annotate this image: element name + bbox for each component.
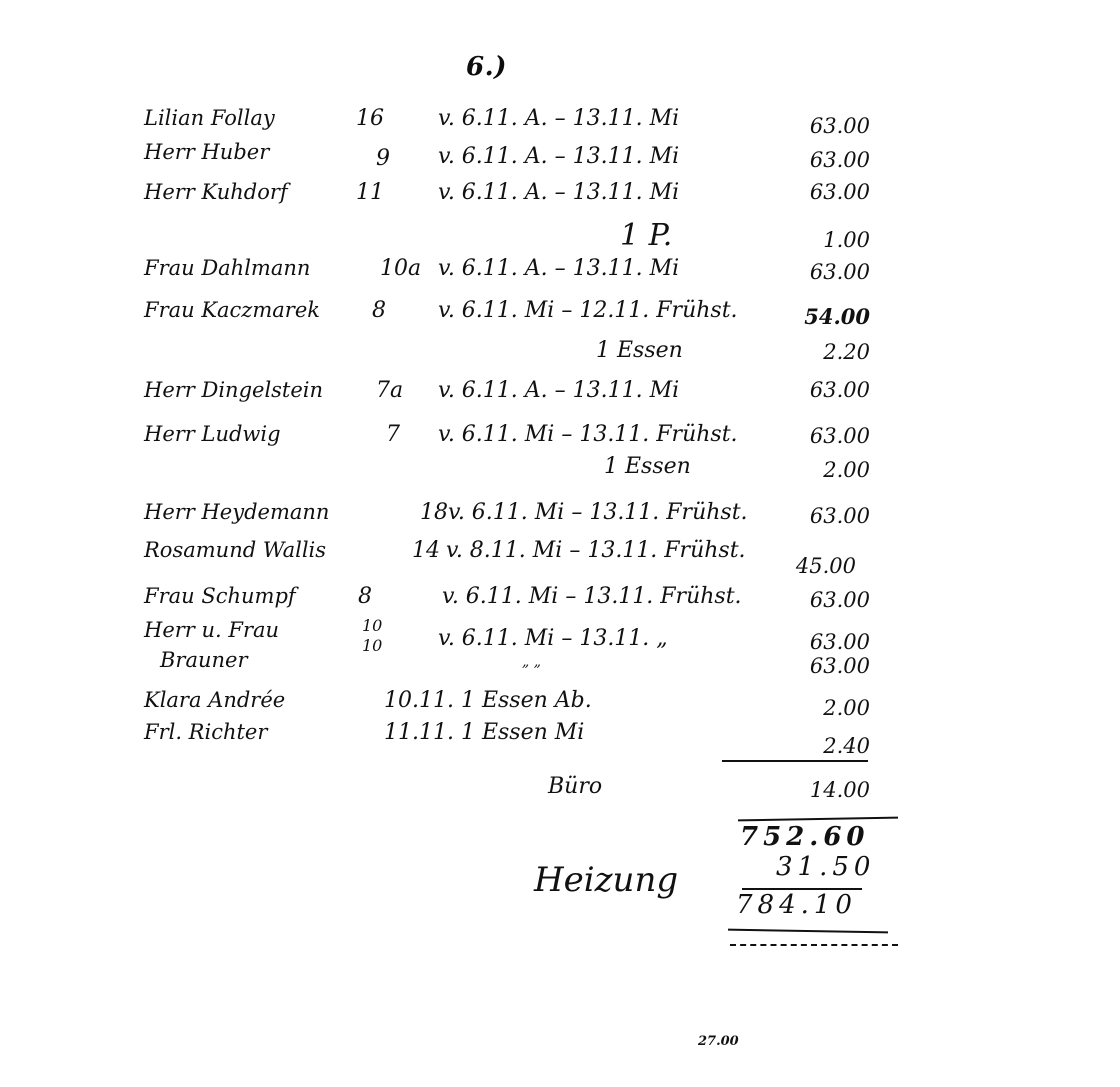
room-number: 14: [412, 538, 440, 563]
ledger-row: Frau Kaczmarek 8 v. 6.11. Mi – 12.11. Fr…: [0, 298, 1120, 332]
amount: 2.00: [770, 696, 870, 720]
guest-name: Rosamund Wallis: [144, 538, 326, 562]
stay-period: „ „: [522, 654, 541, 670]
guest-name: Herr Heydemann: [144, 500, 329, 524]
ledger-row: Herr Kuhdorf 11 v. 6.11. A. – 13.11. Mi …: [0, 180, 1120, 214]
office-amount: 14.00: [770, 778, 870, 802]
guest-name: Herr Dingelstein: [144, 378, 323, 402]
stay-period: v. 6.11. A. – 13.11. Mi: [438, 180, 679, 205]
stay-period: v. 6.11. Mi – 12.11. Frühst.: [438, 298, 738, 323]
extra-charge-label: 1 Essen: [604, 454, 691, 479]
stay-period: v. 6.11. A. – 13.11. Mi: [438, 378, 679, 403]
guest-name: Frau Schumpf: [144, 584, 296, 608]
amount: 63.00: [770, 654, 870, 678]
ledger-page: 6.) Lilian Follay 16 v. 6.11. A. – 13.11…: [0, 0, 1120, 1087]
ledger-row: Herr Dingelstein 7a v. 6.11. A. – 13.11.…: [0, 378, 1120, 412]
room-number: 10: [362, 636, 382, 655]
ledger-row: Frl. Richter 11.11. 1 Essen Mi 2.40: [0, 720, 1120, 754]
room-number: 7a: [376, 378, 403, 403]
guest-name: Herr Ludwig: [144, 422, 281, 446]
amount: 63.00: [770, 114, 870, 138]
amount: 63.00: [770, 504, 870, 528]
stay-period: v. 6.11. Mi – 13.11. Frühst.: [442, 584, 742, 609]
extra-charge-label: 1 P.: [620, 218, 672, 253]
ledger-row: Herr Ludwig 7 v. 6.11. Mi – 13.11. Frühs…: [0, 422, 1120, 456]
amount: 2.00: [770, 458, 870, 482]
amount: 2.20: [770, 340, 870, 364]
total-double-underline: [730, 944, 898, 946]
room-number: 10: [362, 616, 382, 635]
ledger-row: Brauner 10 „ „ 63.00: [0, 648, 1120, 682]
ledger-row: 1 P. 1.00: [0, 222, 1120, 256]
ledger-row: 1 Essen 2.00: [0, 454, 1120, 488]
ledger-row: Rosamund Wallis 14 v. 8.11. Mi – 13.11. …: [0, 538, 1120, 572]
extra-charge-label: 1 Essen: [596, 338, 683, 363]
room-number: 8: [358, 584, 372, 609]
ledger-row: 1 Essen 2.20: [0, 338, 1120, 372]
room-number: 11: [356, 180, 384, 205]
ledger-row: Lilian Follay 16 v. 6.11. A. – 13.11. Mi…: [0, 106, 1120, 140]
ledger-row: Herr u. Frau 10 v. 6.11. Mi – 13.11. „ 6…: [0, 618, 1120, 652]
room-number: 8: [372, 298, 386, 323]
stay-period: v. 6.11. Mi – 13.11. Frühst.: [448, 500, 748, 525]
footer-note: 27.00: [698, 1034, 739, 1049]
stay-period: v. 8.11. Mi – 13.11. Frühst.: [446, 538, 746, 563]
amount: 45.00: [756, 554, 856, 578]
stay-period: v. 6.11. A. – 13.11. Mi: [438, 144, 679, 169]
amount: 63.00: [770, 378, 870, 402]
room-number: 10a: [380, 256, 421, 281]
subtotal: 752.60: [740, 822, 870, 852]
total-underline: [728, 929, 888, 934]
amount: 63.00: [770, 148, 870, 172]
guest-name: Brauner: [160, 648, 248, 672]
guest-name: Klara Andrée: [144, 688, 285, 712]
office-row: Büro 14.00: [0, 774, 1120, 808]
stay-period: 10.11. 1 Essen Ab.: [384, 688, 592, 713]
amount: 63.00: [770, 588, 870, 612]
guest-name: Lilian Follay: [144, 106, 275, 130]
amount: 63.00: [770, 260, 870, 284]
guest-name: Herr Huber: [144, 140, 269, 164]
ledger-row: Frau Dahlmann 10a v. 6.11. A. – 13.11. M…: [0, 256, 1120, 290]
sum-rule: [738, 817, 898, 822]
room-number: 7: [386, 422, 400, 447]
ledger-row: Frau Schumpf 8 v. 6.11. Mi – 13.11. Früh…: [0, 584, 1120, 618]
guest-name: Herr Kuhdorf: [144, 180, 288, 204]
stay-period: 11.11. 1 Essen Mi: [384, 720, 584, 745]
ledger-row: Klara Andrée 10.11. 1 Essen Ab. 2.00: [0, 688, 1120, 722]
amount: 1.00: [770, 228, 870, 252]
guest-name: Frl. Richter: [144, 720, 267, 744]
office-label: Büro: [548, 774, 602, 799]
guest-name: Herr u. Frau: [144, 618, 279, 642]
heating-label: Heizung: [534, 860, 678, 900]
amount: 2.40: [770, 734, 870, 758]
heating-amount: 31.50: [776, 852, 875, 882]
room-number: 16: [356, 106, 384, 131]
subtotal-rule: [722, 760, 868, 762]
stay-period: v. 6.11. Mi – 13.11. Frühst.: [438, 422, 738, 447]
amount: 63.00: [770, 424, 870, 448]
grand-total: 784.10: [736, 890, 857, 920]
stay-period: v. 6.11. A. – 13.11. Mi: [438, 106, 679, 131]
guest-name: Frau Dahlmann: [144, 256, 310, 280]
ledger-row: Herr Huber 9 v. 6.11. A. – 13.11. Mi 63.…: [0, 140, 1120, 174]
stay-period: v. 6.11. A. – 13.11. Mi: [438, 256, 679, 281]
page-number: 6.): [466, 52, 507, 82]
amount: 54.00: [770, 304, 870, 329]
room-number: 9: [376, 146, 390, 171]
room-number: 18: [420, 500, 448, 525]
guest-name: Frau Kaczmarek: [144, 298, 320, 322]
ledger-row: Herr Heydemann 18 v. 6.11. Mi – 13.11. F…: [0, 500, 1120, 534]
amount: 63.00: [770, 180, 870, 204]
